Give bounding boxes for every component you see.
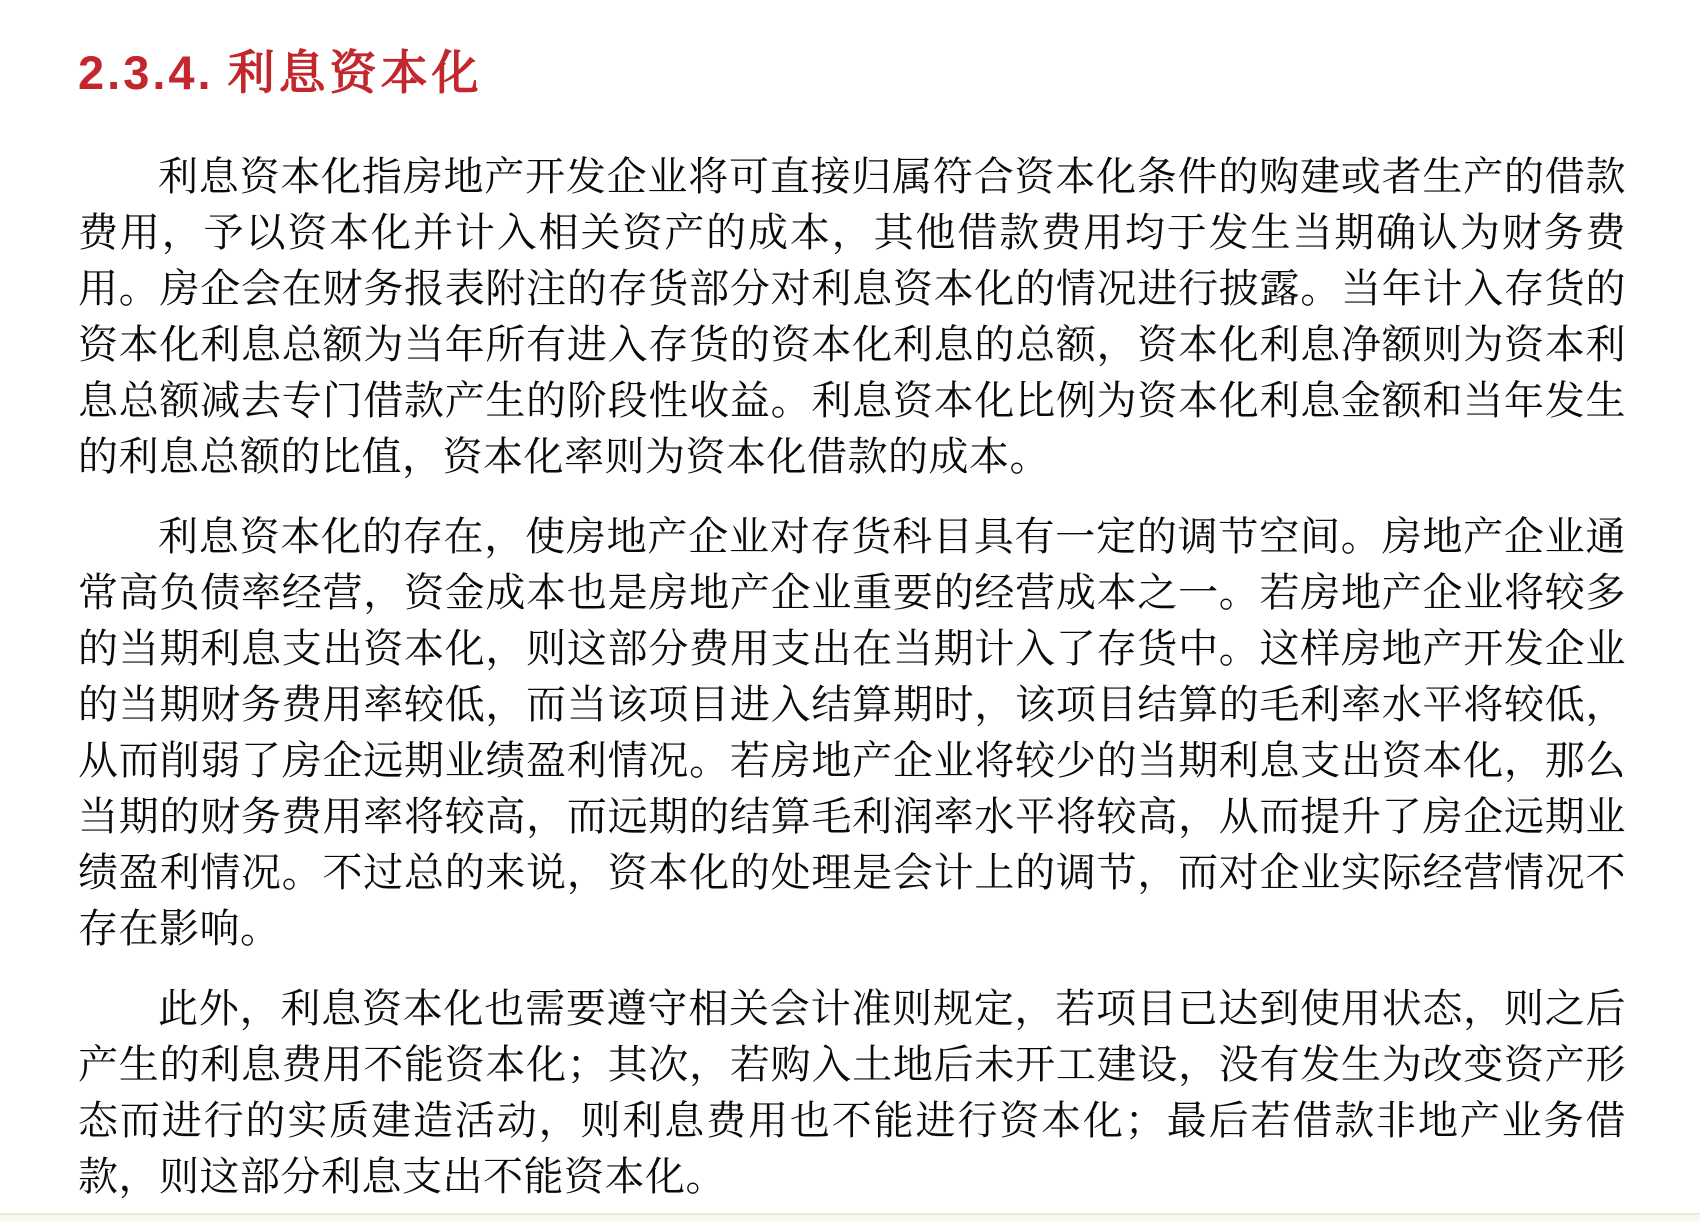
page-bottom-edge xyxy=(0,1213,1700,1222)
body-text: 利息资本化指房地产开发企业将可直接归属符合资本化条件的购建或者生产的借款费用，予… xyxy=(78,149,1626,1205)
section-heading: 2.3.4.利息资本化 xyxy=(78,36,1626,103)
paragraph-2: 利息资本化的存在，使房地产企业对存货科目具有一定的调节空间。房地产企业通常高负债… xyxy=(78,509,1626,957)
section-title: 利息资本化 xyxy=(228,48,483,100)
document-page: 2.3.4.利息资本化 利息资本化指房地产开发企业将可直接归属符合资本化条件的购… xyxy=(0,0,1700,1222)
paragraph-3: 此外，利息资本化也需要遵守相关会计准则规定，若项目已达到使用状态，则之后产生的利… xyxy=(78,981,1626,1205)
paragraph-1: 利息资本化指房地产开发企业将可直接归属符合资本化条件的购建或者生产的借款费用，予… xyxy=(78,149,1626,485)
section-number: 2.3.4. xyxy=(78,46,214,99)
